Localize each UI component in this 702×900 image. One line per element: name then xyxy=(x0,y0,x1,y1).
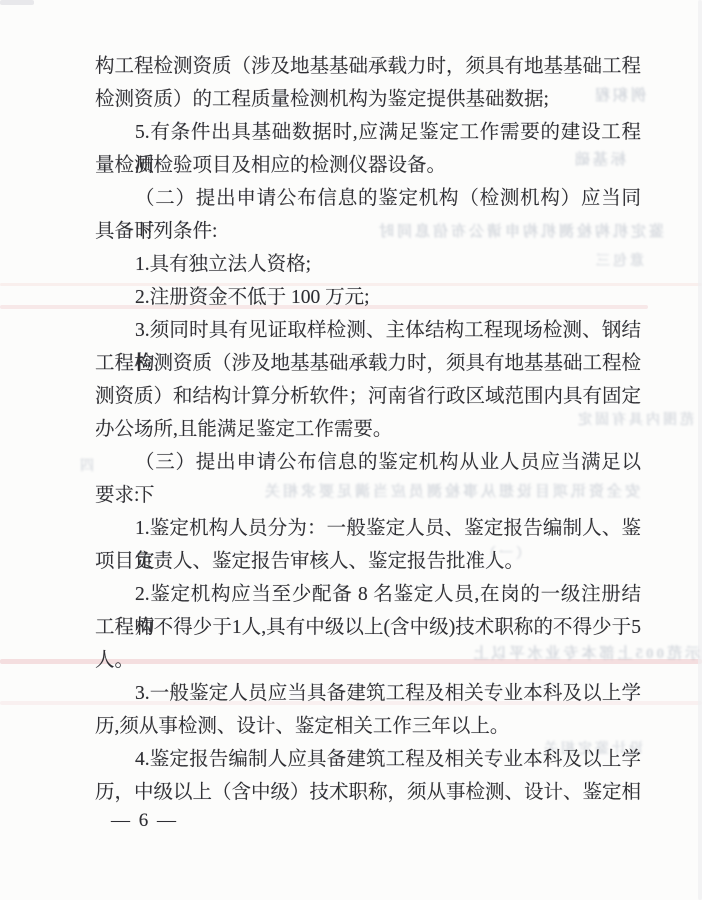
text-line: 3.须同时具有见证取样检测、主体结构工程现场检测、钢结构 xyxy=(95,314,641,347)
text-line: 历,须从事检测、设计、鉴定相关工作三年以上。 xyxy=(95,710,641,743)
text-line: 量检测检验项目及相应的检测仪器设备。 xyxy=(95,149,641,182)
text-line: 历，中级以上（含中级）技术职称，须从事检测、设计、鉴定相 xyxy=(95,776,641,809)
text-line: 项目负责人、鉴定报告审核人、鉴定报告批准人。 xyxy=(95,545,641,578)
text-block: 构工程检测资质（涉及地基基础承载力时，须具有地基基础工程检测资质）的工程质量检测… xyxy=(95,50,641,809)
text-line: （三）提出申请公布信息的鉴定机构从业人员应当满足以下 xyxy=(95,446,641,479)
text-line: 具备下列条件: xyxy=(95,215,641,248)
scan-streak xyxy=(698,0,702,900)
text-line: 2.注册资金不低于 100 万元; xyxy=(95,281,641,314)
document-page: 例积程标基础鉴定机构检测机构申请公布信息同时意包三范围内具有固定四安全资讯项目设… xyxy=(0,0,702,900)
text-line: 要求: xyxy=(95,479,641,512)
text-line: 3.一般鉴定人员应当具备建筑工程及相关专业本科及以上学 xyxy=(95,677,641,710)
scan-streak xyxy=(0,0,34,5)
text-line: 1.鉴定机构人员分为：一般鉴定人员、鉴定报告编制人、鉴定 xyxy=(95,512,641,545)
text-line: 办公场所,且能满足鉴定工作需要。 xyxy=(95,413,641,446)
text-line: （二）提出申请公布信息的鉴定机构（检测机构）应当同时 xyxy=(95,182,641,215)
text-line: 1.具有独立法人资格; xyxy=(95,248,641,281)
text-line: 检测资质）的工程质量检测机构为鉴定提供基础数据; xyxy=(95,83,641,116)
page-number: — 6 — xyxy=(111,810,178,832)
text-line: 测资质）和结构计算分析软件；河南省行政区域范围内具有固定 xyxy=(95,380,641,413)
text-line: 2.鉴定机构应当至少配备 8 名鉴定人员,在岗的一级注册结构 xyxy=(95,578,641,611)
bleedthrough-text: 四 xyxy=(64,455,94,475)
text-line: 5.有条件出具基础数据时,应满足鉴定工作需要的建设工程质 xyxy=(95,116,641,149)
text-line: 人。 xyxy=(95,644,641,677)
text-line: 工程师不得少于1人,具有中级以上(含中级)技术职称的不得少于5 xyxy=(95,611,641,644)
text-line: 构工程检测资质（涉及地基基础承载力时，须具有地基基础工程 xyxy=(95,50,641,83)
text-line: 工程检测资质（涉及地基基础承载力时，须具有地基基础工程检 xyxy=(95,347,641,380)
text-line: 4.鉴定报告编制人应具备建筑工程及相关专业本科及以上学 xyxy=(95,743,641,776)
